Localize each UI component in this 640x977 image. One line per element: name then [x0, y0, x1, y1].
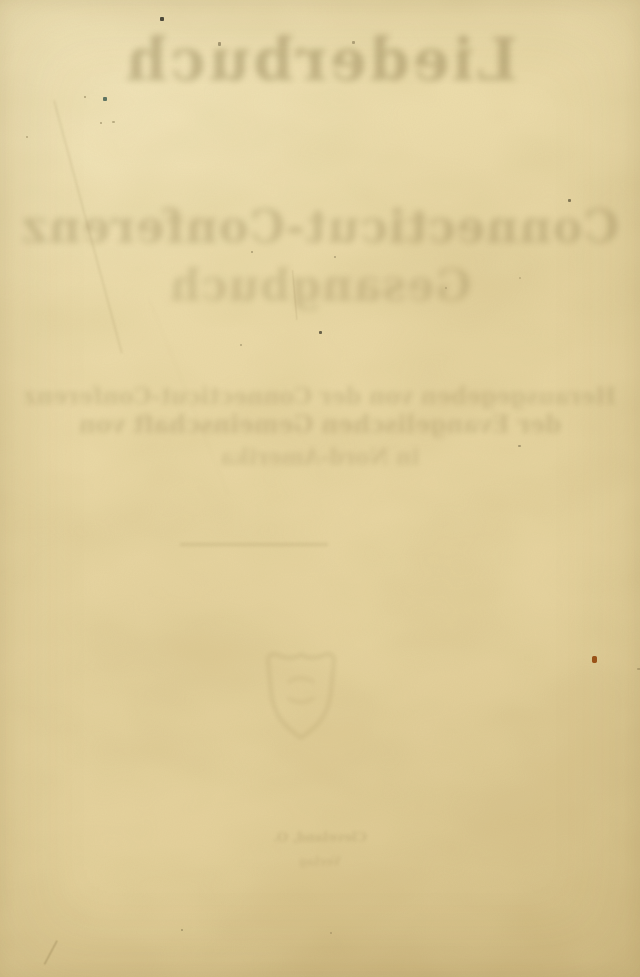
- ghost-subtitle-line-2: der Evangelischen Gemeinschaft von: [79, 413, 561, 437]
- creases-layer: [0, 0, 640, 977]
- paper-speck: [160, 17, 164, 21]
- vignette-overlay: [0, 0, 640, 977]
- paper-speck: [352, 41, 355, 44]
- paper-speck: [218, 42, 221, 46]
- paper-crease: [44, 940, 58, 965]
- ghost-subtitle-line-3: in Nord-Amerika: [220, 446, 419, 468]
- ghost-heading-line-2: Gesangbuch: [169, 264, 472, 308]
- paper-speck: [103, 97, 107, 101]
- paper-speck: [445, 287, 447, 289]
- paper-speck: [181, 929, 183, 931]
- paper-crease: [149, 300, 229, 495]
- paper-speck: [330, 932, 332, 934]
- ghost-title-line: Liederbuch: [123, 29, 518, 88]
- paper-speck: [100, 122, 102, 124]
- paper-grain: [0, 0, 640, 977]
- paper-speck: [251, 251, 253, 253]
- paper-speck: [592, 656, 597, 663]
- paper-speck: [112, 121, 115, 123]
- ghost-imprint-line-2: Verlag: [299, 855, 341, 867]
- paper-speck: [84, 96, 86, 98]
- paper-speck: [334, 256, 336, 258]
- paper-speck: [519, 277, 521, 279]
- paper-speck: [240, 344, 242, 346]
- paper-mottling: [0, 0, 640, 977]
- ghost-heading-line-1: Connecticut-Conferenz: [21, 204, 619, 250]
- paper-speck: [26, 136, 28, 138]
- paper-speck: [518, 445, 521, 447]
- scanned-page: Liederbuch Connecticut-Conferenz Gesangb…: [0, 0, 640, 977]
- specks-layer: [0, 0, 640, 977]
- paper-crease: [292, 270, 297, 320]
- paper-speck: [568, 199, 571, 202]
- ghost-subtitle-line-1: Herausgegeben von der Connecticut-Confer…: [24, 384, 616, 407]
- paper-speck: [319, 331, 322, 334]
- ghost-divider-rule: [180, 543, 328, 546]
- ghost-imprint-line-1: Cleveland, O.: [273, 830, 366, 843]
- paper-crease: [54, 100, 123, 353]
- shield-emblem-ghost-icon: [262, 649, 340, 745]
